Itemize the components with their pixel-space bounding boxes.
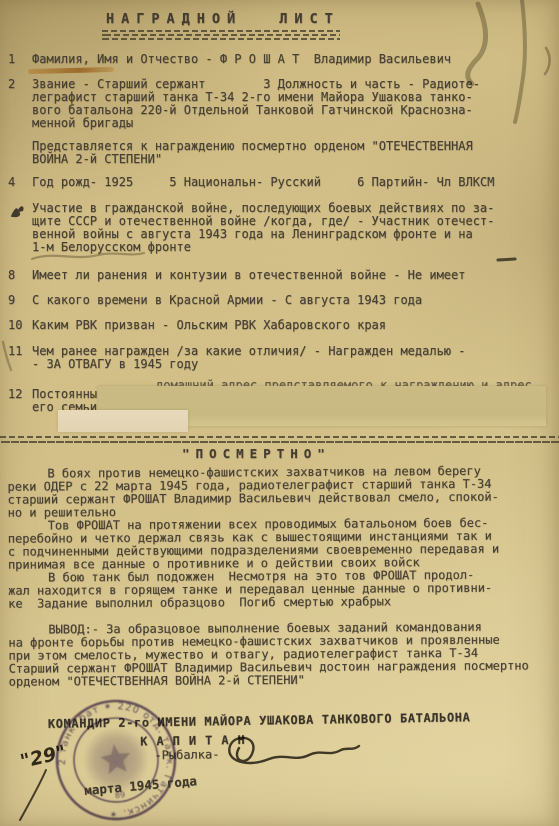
posthumous-heading: "ПОСМЕРТНО" [182, 446, 331, 461]
item-11-previous-awards: 11 Чем ранее награжден /за какие отличия… [6, 345, 553, 371]
item-4-5-6-birth-nationality-party: 4 Год рожд- 1925 5 Национальн- Русский 6… [6, 176, 553, 189]
redaction-block-small [58, 410, 188, 432]
item-12-home-address: 12 Постоянный его семьи домашний адрес п… [6, 388, 553, 414]
narrative-paragraph-2: Тов ФРОШАТ на протяжении всех проводимых… [8, 516, 556, 571]
item-number: 4 [6, 176, 32, 189]
item-1-name: 1 Фамилия, Имя и Отчество - Ф Р О Ш А Т … [6, 53, 553, 66]
ink-smudge-underline [28, 67, 114, 74]
narrative-paragraph-3: В бою танк был подожжен Несмотря на это … [8, 568, 556, 610]
section-divider-rule [0, 436, 559, 444]
item-7-war-participation: Участие в гражданской войне, последующих… [6, 202, 553, 254]
commander-typed-name: -Рыбалка- [154, 748, 219, 762]
item-number: 8 [6, 269, 32, 282]
item-8-wounds: 8 Имеет ли ранения и контузии в отечеств… [6, 269, 553, 282]
item-number [6, 140, 32, 166]
items-section: 1 Фамилия, Имя и Отчество - Ф Р О Ш А Т … [6, 53, 553, 414]
commander-title-line: КОМАНДИР 2-го ИМЕНИ МАЙОРА УШАКОВА ТАНКО… [48, 710, 548, 731]
citation-narrative: В боях против немецко-фашистских захватч… [7, 464, 556, 688]
item-9-army-since: 9 С какого времени в Красной Армии - С а… [6, 294, 553, 307]
signature-block: КОМАНДИР 2-го ИМЕНИ МАЙОРА УШАКОВА ТАНКО… [48, 710, 548, 750]
item-text: Год рожд- 1925 5 Национальн- Русский 6 П… [32, 176, 553, 189]
pen-stroke-mark [12, 768, 62, 826]
item-2-rank-unit: 2 Звание - Старший сержант 3 Должность и… [6, 78, 553, 130]
item-text: Фамилия, Имя и Отчество - Ф Р О Ш А Т Вл… [32, 53, 553, 66]
item-number: 9 [6, 294, 32, 307]
item-text: Звание - Старший сержант 3 Должность и ч… [32, 78, 553, 130]
narrative-conclusion: ВЫВОД:- За образцовое выполнение боевых … [8, 620, 556, 688]
commander-rank: КАПИТАН [140, 729, 548, 748]
item-text: Чем ранее награжден /за какие отличия/ -… [32, 345, 553, 371]
redacted-clipped-text: домашний адрес представляемого к награжд… [156, 379, 556, 386]
handwritten-date-day: "29" [18, 741, 68, 773]
narrative-paragraph-1: В боях против немецко-фашистских захватч… [7, 464, 555, 519]
item-number [6, 202, 32, 254]
item-number: 2 [6, 78, 32, 130]
item-number: 11 [6, 345, 32, 371]
item-number: 12 [6, 388, 32, 414]
item-text: С какого времени в Красной Армии - С авг… [32, 294, 553, 307]
item-text: Имеет ли ранения и контузии в отечествен… [32, 269, 553, 282]
item-number: 10 [6, 319, 32, 332]
title-underline-rule [102, 30, 340, 40]
item-10-drafted-by: 10 Каким РВК призван - Ольским РВК Хабар… [6, 319, 553, 332]
document-title: НАГРАДНОЙ ЛИСТ [106, 11, 340, 27]
item-award-proposal: Представляется к награждению посмертно о… [6, 140, 553, 166]
typed-date: марта 1945 года [84, 773, 198, 798]
item-number: 1 [6, 53, 32, 66]
item-text: Представляется к награждению посмертно о… [32, 140, 553, 166]
handwritten-check-mark [8, 202, 30, 222]
item-text: Участие в гражданской войне, последующих… [32, 202, 553, 254]
award-sheet-page: НАГРАДНОЙ ЛИСТ 1 Фамилия, Имя и Отчество… [0, 0, 559, 826]
item-text: Каким РВК призван - Ольским РВК Хабаровс… [32, 319, 553, 332]
